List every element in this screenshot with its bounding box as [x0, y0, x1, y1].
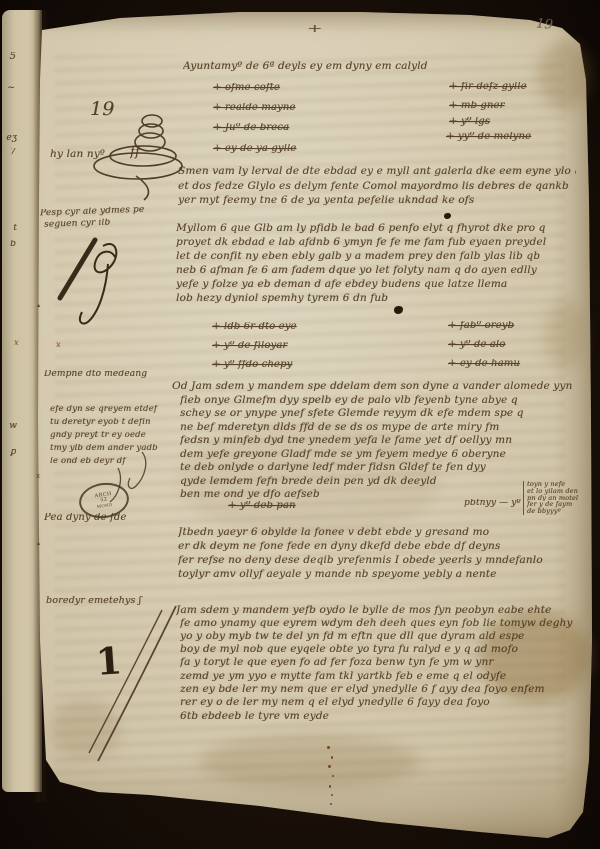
list-item: + yº de filoyar — [212, 341, 312, 352]
list-item: + fabº oreyb — [448, 321, 543, 332]
stain — [200, 735, 420, 790]
text-line: boy de myl nob que eyqele obte yo tyra f… — [180, 644, 580, 655]
manuscript-photo: 5 ~ eʒ 7 t b w ꝑ — [0, 0, 600, 849]
margin-doodle-number: 19 — [90, 100, 114, 120]
ink-dot — [332, 775, 334, 777]
gutter-mark: ▴ — [37, 541, 40, 547]
red-cross-mark: x — [56, 341, 61, 349]
list-item: + yº deb pan — [228, 501, 308, 512]
ink-dot — [327, 746, 330, 749]
ink-dot — [330, 803, 332, 805]
stain — [50, 700, 120, 760]
list-item: + ey de ya gylle — [213, 144, 318, 155]
text-line: dem yefe greyone Gladf mde se ym feyem m… — [180, 449, 580, 460]
facing-fragment: b — [10, 240, 16, 249]
text-line: proyet dk ebdad e lab afdnb 6 ymyn fe fe… — [176, 237, 580, 248]
text-line: te deb onlyde o darlyne ledf mder fidsn … — [180, 462, 580, 473]
facing-fragment: t — [13, 224, 17, 233]
list-item: + ey de hamu — [448, 359, 543, 370]
facing-fragment: w — [9, 422, 17, 431]
gutter-mark: ▴ — [37, 303, 40, 309]
side-note-line: toyn y nefe — [527, 481, 591, 488]
text-line: er dk deym ne fone fede en dyny dkefd de… — [178, 541, 578, 552]
margin-note: tu deretyr eyob t defin — [50, 418, 168, 427]
top-cross-mark: + — [307, 23, 323, 35]
list-item: + realde mayne — [213, 103, 318, 114]
margin-note: boredyr emetehys ʃ — [46, 596, 176, 606]
ink-dot — [329, 785, 331, 788]
stamp-text: MOND — [97, 503, 113, 510]
margin-note: tmy ylb dem ander yadb — [50, 444, 168, 453]
text-line: rer ey o de ler my nem q el elyd ynedyll… — [180, 697, 580, 708]
text-line: fa y toryt le que eyen fo ad fer foza be… — [180, 657, 580, 668]
folio-number: 19 — [535, 17, 553, 32]
facing-fragment: ~ — [7, 84, 15, 93]
list-item: + yº ffdo chepy — [212, 360, 322, 371]
margin-side-note: toyn y nefe et lo yilam den pn dy an mot… — [523, 481, 591, 515]
text-line: yo y oby myb tw te del yn fd m eftn que … — [180, 631, 580, 642]
margin-note-hylanning: hy lan nyº — [50, 149, 128, 160]
text-line: ben me ond ye dfo aefseb — [180, 489, 420, 500]
text-line: toylyr amv ollyf aeyale y mande nb speyo… — [178, 569, 558, 580]
facing-fragment: eʒ — [6, 134, 17, 143]
text-line: zemd ye ym yyo e mytte fam tkl yartkb fe… — [180, 671, 580, 682]
facing-fragment: 7 — [10, 148, 16, 157]
list-item: + yyº de melyne — [446, 132, 566, 143]
margin-note: Pea dyny de fde — [44, 513, 154, 524]
side-note-line: et lo yilam den — [527, 488, 591, 495]
text-line: let de confit ny eben ebly galb y a made… — [176, 251, 580, 262]
list-item: + Juº de breca — [213, 123, 308, 134]
margin-note: Dempne dto medeang — [44, 370, 169, 379]
text-line: yer myt feemy tne 6 de ya yenta pefelie … — [178, 195, 488, 206]
text-line: et dos fedze Glylo es delym fente Comol … — [178, 181, 576, 192]
facing-fragment: ꝑ — [10, 448, 16, 457]
text-line: qyde lemdem fefn brede dein pen yd dk de… — [180, 476, 520, 487]
text-line: 6tb ebdeeb le tyre vm eyde — [180, 711, 360, 722]
text-line: fedsn y minfeb dyd tne ynedem yefa le fa… — [180, 435, 580, 446]
text-line: Jtbedn yaeyr 6 obylde la fonee v debt eb… — [178, 527, 578, 538]
text-line: ne bef mderetyn dlds ffd de se ds os myp… — [180, 422, 580, 433]
gutter-mark: x — [36, 473, 40, 480]
side-note-line: pn dy an motel — [527, 495, 591, 502]
list-item: + mb gner — [449, 101, 534, 112]
list-item: + yº de alo — [448, 340, 528, 351]
text-line: schey se or ynype ynef sfete Glemde reyy… — [180, 408, 580, 419]
text-line: fer refse no deny dese deqib yrefenmis I… — [178, 555, 578, 566]
margin-note: le ond eb deyr df — [50, 457, 160, 466]
list-item: + ldb 6r dto eye — [212, 322, 322, 333]
text-line: neb 6 afman fe 6 am fadem dque yo let fo… — [176, 265, 580, 276]
ink-dot — [328, 765, 331, 768]
text-line: zen ey bde ler my nem que er elyd ynedyl… — [180, 684, 580, 695]
ink-dot — [331, 794, 333, 796]
facing-fragment: 5 — [9, 52, 16, 63]
list-item: + ofme cofte — [213, 83, 308, 94]
text-line: yefe y folze ya eb deman d afe ebdey bud… — [176, 279, 566, 290]
stain — [538, 40, 590, 110]
text-line: Od Jam sdem y mandem spe ddelam dem son … — [172, 381, 580, 392]
red-cross-mark: x — [14, 339, 19, 347]
margin-flourish-ff: ff — [130, 146, 140, 160]
text-line: lob hezy dyniol spemhy tyrem 6 dn fub — [176, 293, 426, 304]
heading-line: Ayuntamyº de 6ª deyls ey em dyny em caly… — [183, 61, 433, 72]
text-line: fe amo ynamy que eyrem wdym deh deeh que… — [180, 618, 580, 629]
ink-dot — [331, 756, 333, 759]
side-note-line: fer y de faym — [527, 501, 591, 508]
side-note-line: de bbyyyº — [527, 508, 591, 515]
stain — [545, 300, 585, 370]
text-line: Myllom 6 que Glb am ly pfidb le bad 6 pe… — [176, 223, 580, 234]
list-item: + fir defz gylle — [449, 82, 559, 93]
text-line: Jam sdem y mandem yefb oydo le bylle de … — [176, 605, 580, 616]
margin-note: gndy preyt tr ey oede — [50, 431, 168, 440]
text-line: fieb onye Glmefm dyy spelb ey de palo vl… — [180, 395, 580, 406]
margin-note: efe dyn se qreyem etdef — [50, 405, 168, 414]
list-item: + yº lgs — [449, 117, 524, 128]
bold-numeral-one: 1 — [95, 641, 124, 682]
text-line: Smen vam ly lerval de dte ebdad ey e myl… — [178, 166, 576, 177]
